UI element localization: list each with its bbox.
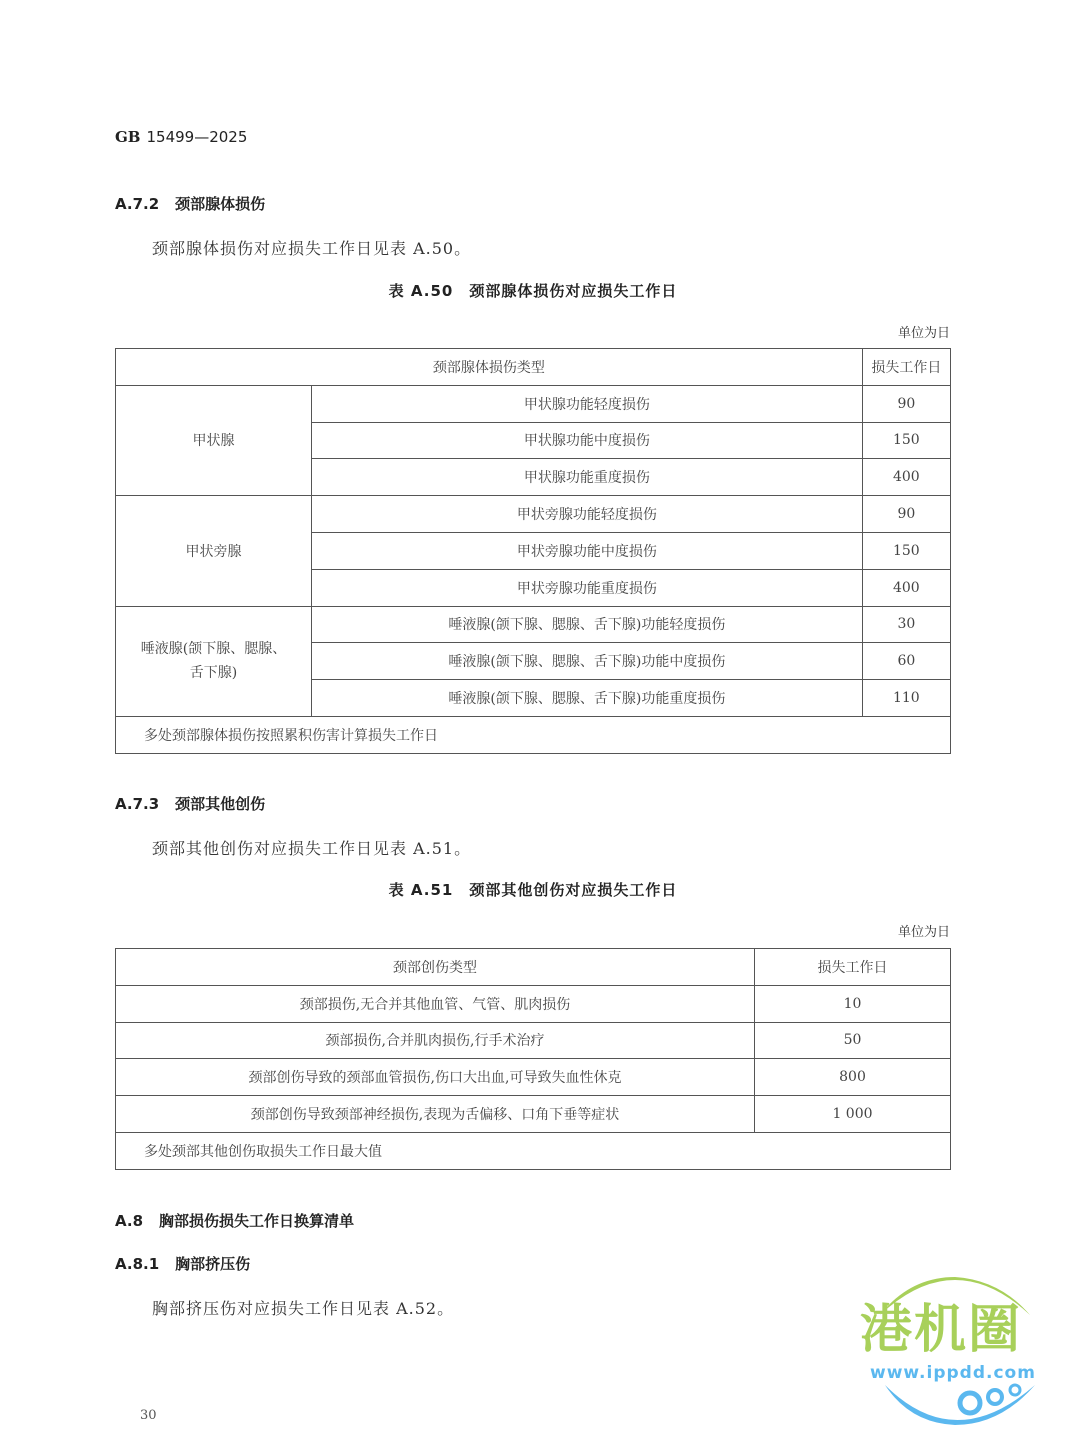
lost-days: 90	[862, 496, 950, 533]
header-days: 损失工作日	[755, 949, 951, 986]
injury-type: 唾液腺(颌下腺、腮腺、舌下腺)功能重度损伤	[312, 680, 863, 717]
lost-days: 10	[755, 985, 951, 1022]
section-title: 胸部挤压伤	[175, 1255, 250, 1273]
injury-type: 甲状腺功能中度损伤	[312, 422, 863, 459]
injury-type: 甲状旁腺功能轻度损伤	[312, 496, 863, 533]
section-a81-paragraph: 胸部挤压伤对应损失工作日见表 A.52。	[152, 1296, 454, 1319]
table-a50-unit: 单位为日	[898, 322, 950, 341]
table-header-row: 颈部腺体损伤类型 损失工作日	[116, 349, 951, 386]
table-header-row: 颈部创伤类型 损失工作日	[116, 949, 951, 986]
lost-days: 1 000	[755, 1096, 951, 1133]
table-note: 多处颈部其他创伤取损失工作日最大值	[116, 1132, 951, 1169]
caption-title: 颈部腺体损伤对应损失工作日	[469, 282, 677, 300]
section-number: A.8	[115, 1212, 143, 1230]
std-prefix: GB	[115, 128, 141, 146]
injury-type: 颈部损伤,无合并其他血管、气管、肌肉损伤	[116, 985, 755, 1022]
section-a81-heading: A.8.1胸部挤压伤	[115, 1253, 250, 1274]
std-number: 15499—2025	[147, 128, 248, 146]
injury-type: 甲状腺功能轻度损伤	[312, 385, 863, 422]
caption-title: 颈部其他创伤对应损失工作日	[469, 881, 677, 899]
section-number: A.7.3	[115, 795, 159, 813]
table-a50-caption: 表 A.50颈部腺体损伤对应损失工作日	[0, 280, 1066, 301]
logo-url: www.ippdd.com	[870, 1363, 1036, 1383]
section-a73-paragraph: 颈部其他创伤对应损失工作日见表 A.51。	[152, 836, 471, 859]
section-a8-heading: A.8胸部损伤损失工作日换算清单	[115, 1210, 354, 1231]
table-row: 颈部损伤,无合并其他血管、气管、肌肉损伤 10	[116, 985, 951, 1022]
injury-type: 颈部损伤,合并肌肉损伤,行手术治疗	[116, 1022, 755, 1059]
group-name-line2: 舌下腺)	[190, 665, 237, 681]
watermark-logo: 港机圈 www.ippdd.com	[850, 1255, 1060, 1435]
page-number: 30	[140, 1408, 157, 1423]
lost-days: 800	[755, 1059, 951, 1096]
section-number: A.7.2	[115, 195, 159, 213]
section-title: 胸部损伤损失工作日换算清单	[159, 1212, 354, 1230]
lost-days: 400	[862, 459, 950, 496]
lost-days: 150	[862, 422, 950, 459]
group-thyroid: 甲状腺	[116, 385, 312, 495]
lost-days: 50	[755, 1022, 951, 1059]
logo-brand: 港机圈	[860, 1300, 1022, 1360]
lost-days: 90	[862, 385, 950, 422]
table-note: 多处颈部腺体损伤按照累积伤害计算损失工作日	[116, 716, 951, 753]
lost-days: 60	[862, 643, 950, 680]
table-a51-unit: 单位为日	[898, 921, 950, 940]
injury-type: 甲状腺功能重度损伤	[312, 459, 863, 496]
group-parathyroid: 甲状旁腺	[116, 496, 312, 606]
table-a50: 颈部腺体损伤类型 损失工作日 甲状腺 甲状腺功能轻度损伤 90 甲状腺功能中度损…	[115, 348, 951, 754]
section-title: 颈部腺体损伤	[175, 195, 265, 213]
lost-days: 30	[862, 606, 950, 643]
table-row: 颈部创伤导致颈部神经损伤,表现为舌偏移、口角下垂等症状 1 000	[116, 1096, 951, 1133]
injury-type: 颈部创伤导致的颈部血管损伤,伤口大出血,可导致失血性休克	[116, 1059, 755, 1096]
caption-number: 表 A.50	[389, 282, 454, 300]
header-type: 颈部创伤类型	[116, 949, 755, 986]
table-row: 甲状旁腺 甲状旁腺功能轻度损伤 90	[116, 496, 951, 533]
caption-number: 表 A.51	[389, 881, 454, 899]
table-row: 颈部损伤,合并肌肉损伤,行手术治疗 50	[116, 1022, 951, 1059]
group-name-line1: 唾液腺(颌下腺、腮腺、	[141, 641, 286, 657]
section-a72-heading: A.7.2颈部腺体损伤	[115, 193, 265, 214]
table-row: 唾液腺(颌下腺、腮腺、 舌下腺) 唾液腺(颌下腺、腮腺、舌下腺)功能轻度损伤 3…	[116, 606, 951, 643]
table-a51: 颈部创伤类型 损失工作日 颈部损伤,无合并其他血管、气管、肌肉损伤 10 颈部损…	[115, 948, 951, 1170]
table-row: 颈部创伤导致的颈部血管损伤,伤口大出血,可导致失血性休克 800	[116, 1059, 951, 1096]
lost-days: 150	[862, 532, 950, 569]
section-a72-paragraph: 颈部腺体损伤对应损失工作日见表 A.50。	[152, 236, 471, 259]
section-number: A.8.1	[115, 1255, 159, 1273]
lost-days: 110	[862, 680, 950, 717]
table-note-row: 多处颈部腺体损伤按照累积伤害计算损失工作日	[116, 716, 951, 753]
section-a73-heading: A.7.3颈部其他创伤	[115, 793, 265, 814]
section-title: 颈部其他创伤	[175, 795, 265, 813]
table-row: 甲状腺 甲状腺功能轻度损伤 90	[116, 385, 951, 422]
injury-type: 甲状旁腺功能中度损伤	[312, 532, 863, 569]
standard-number: GB15499—2025	[115, 128, 247, 146]
header-days: 损失工作日	[862, 349, 950, 386]
lost-days: 400	[862, 569, 950, 606]
group-salivary: 唾液腺(颌下腺、腮腺、 舌下腺)	[116, 606, 312, 716]
table-note-row: 多处颈部其他创伤取损失工作日最大值	[116, 1132, 951, 1169]
injury-type: 甲状旁腺功能重度损伤	[312, 569, 863, 606]
header-type: 颈部腺体损伤类型	[116, 349, 863, 386]
injury-type: 唾液腺(颌下腺、腮腺、舌下腺)功能轻度损伤	[312, 606, 863, 643]
table-a51-caption: 表 A.51颈部其他创伤对应损失工作日	[0, 879, 1066, 900]
logo-text: 港机圈	[860, 1300, 1022, 1360]
injury-type: 颈部创伤导致颈部神经损伤,表现为舌偏移、口角下垂等症状	[116, 1096, 755, 1133]
injury-type: 唾液腺(颌下腺、腮腺、舌下腺)功能中度损伤	[312, 643, 863, 680]
